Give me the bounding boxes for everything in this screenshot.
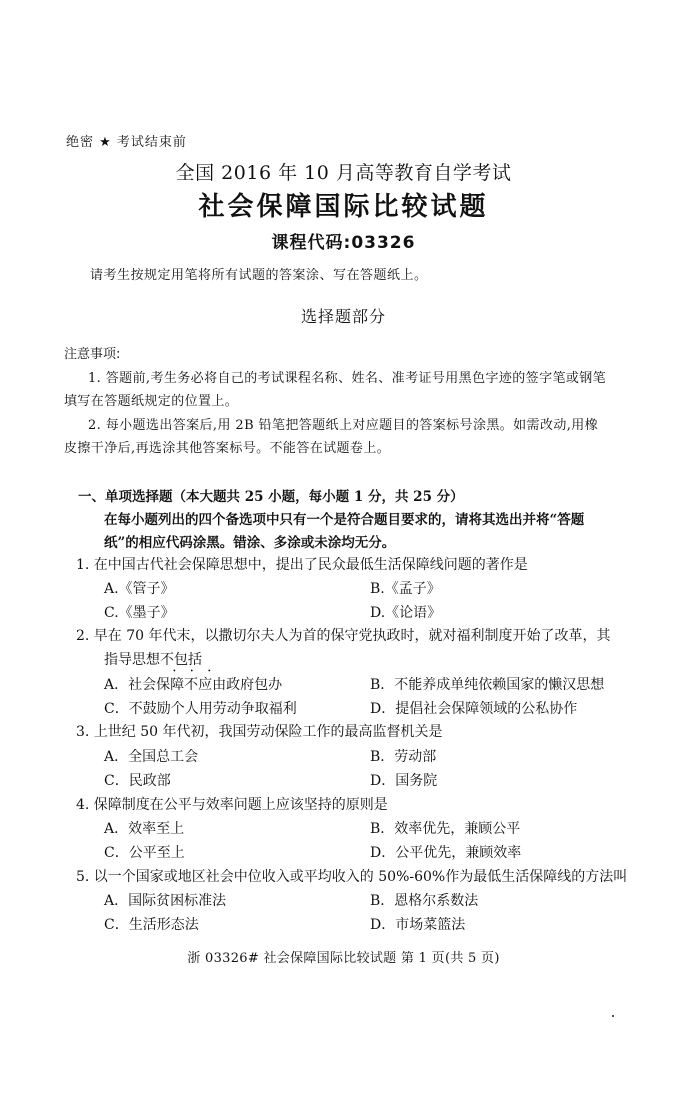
question-2-option-c: C．不鼓励个人用劳动争取福利 — [104, 698, 297, 718]
question-3-option-a: A．全国总工会 — [104, 746, 198, 766]
question-4-option-a: A．效率至上 — [104, 818, 184, 838]
note-2-line-1: 2. 每小题选出答案后,用 2B 铅笔把答题纸上对应题目的答案标号涂黑。如需改动… — [88, 414, 598, 433]
question-2-stem: 2. 早在 70 年代末，以撒切尔夫人为首的保守党执政时，就对福利制度开始了改革… — [76, 625, 611, 645]
question-5-option-d: D．市场菜篮法 — [370, 914, 465, 934]
question-2-option-a: A．社会保障不应由政府包办 — [104, 674, 282, 694]
question-4-option-d: D．公平优先，兼顾效率 — [370, 842, 521, 862]
question-2-option-b: B．不能养成单纯依赖国家的懒汉思想 — [370, 674, 604, 694]
question-2-stem-continued: 指导思想不包括 — [104, 649, 202, 669]
question-3-stem: 3. 上世纪 50 年代初，我国劳动保险工作的最高监督机关是 — [76, 721, 443, 741]
question-4-stem: 4. 保障制度在公平与效率问题上应该坚持的原则是 — [76, 794, 388, 814]
exam-title: 全国 2016 年 10 月高等教育自学考试 — [0, 158, 687, 185]
note-1-line-1: 1. 答题前,考生务必将自己的考试课程名称、姓名、准考证号用黑色字迹的签字笔或钢… — [88, 367, 606, 386]
note-2-line-2: 皮擦干净后,再选涂其他答案标号。不能答在试题卷上。 — [64, 437, 390, 456]
question-1-option-d: D.《论语》 — [370, 602, 441, 622]
question-3-option-b: B．劳动部 — [370, 746, 436, 766]
section-desc-line-2: 纸”的相应代码涂黑。错涂、多涂或未涂均无分。 — [104, 531, 395, 551]
course-code: 课程代码:03326 — [0, 228, 687, 253]
notes-title: 注意事项: — [64, 343, 120, 362]
question-1-option-a: A.《管子》 — [104, 578, 175, 598]
scan-speck — [612, 1015, 614, 1017]
question-5-stem: 5. 以一个国家或地区社会中位收入或平均收入的 50%-60%作为最低生活保障线… — [76, 866, 627, 886]
question-1-option-c: C.《墨子》 — [104, 602, 175, 622]
section-heading: 一、单项选择题（本大题共 25 小题，每小题 1 分，共 25 分） — [78, 485, 464, 505]
page-footer: 浙 03326# 社会保障国际比较试题 第 1 页(共 5 页) — [0, 947, 687, 966]
subject-title: 社会保障国际比较试题 — [0, 186, 687, 223]
general-instruction: 请考生按规定用笔将所有试题的答案涂、写在答题纸上。 — [90, 264, 428, 283]
question-1-option-b: B.《孟子》 — [370, 578, 441, 598]
question-1-stem: 1. 在中国古代社会保障思想中，提出了民众最低生活保障线问题的著作是 — [76, 554, 528, 574]
note-1-line-2: 填写在答题纸规定的位置上。 — [64, 390, 238, 409]
question-5-option-b: B．恩格尔系数法 — [370, 890, 478, 910]
question-3-option-c: C．民政部 — [104, 770, 171, 790]
question-5-option-c: C．生活形态法 — [104, 914, 199, 934]
question-2-option-d: D．提倡社会保障领域的公私协作 — [370, 698, 577, 718]
exam-page: 绝密 ★ 考试结束前 全国 2016 年 10 月高等教育自学考试 社会保障国际… — [0, 0, 687, 1097]
question-2-stem-text: 指导思想 — [104, 652, 160, 668]
question-4-option-c: C．公平至上 — [104, 842, 185, 862]
question-2-emphasis: 不包括 — [160, 652, 202, 668]
question-4-option-b: B．效率优先，兼顾公平 — [370, 818, 520, 838]
part-title: 选择题部分 — [0, 304, 687, 327]
question-5-option-a: A．国际贫困标准法 — [104, 890, 226, 910]
confidential-label: 绝密 ★ 考试结束前 — [66, 131, 187, 150]
section-desc-line-1: 在每小题列出的四个备选项中只有一个是符合题目要求的，请将其选出并将“答题 — [104, 508, 584, 528]
question-3-option-d: D．国务院 — [370, 770, 437, 790]
